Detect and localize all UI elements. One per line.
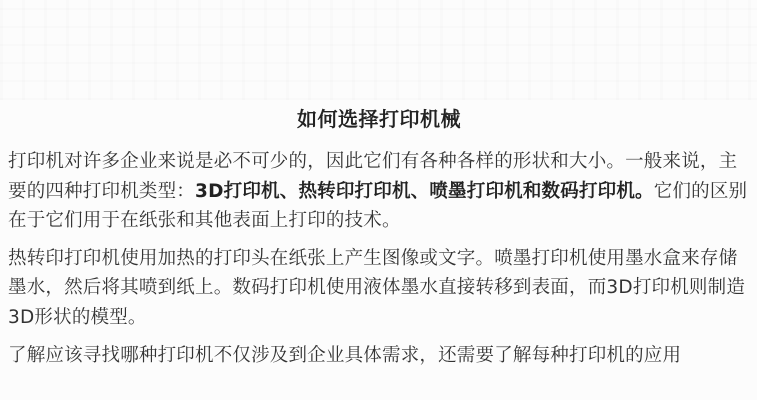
printer-types-bold-text: 3D打印机、热转印打印机、喷墨打印机和数码打印机。: [195, 181, 654, 202]
faint-watermark-background: [0, 0, 757, 100]
paragraph-selection: 了解应该寻找哪种打印机不仅涉及到企业具体需求，还需要了解每种打印机的应用: [8, 341, 750, 371]
paragraph-text: 了解应该寻找哪种打印机不仅涉及到企业具体需求，还需要了解每种打印机的应用: [8, 345, 681, 366]
article-body: 如何选择打印机械 打印机对许多企业来说是必不可少的，因此它们有各种各样的形状和大…: [8, 104, 750, 378]
paragraph-text: 热转印打印机使用加热的打印头在纸张上产生图像或文字。喷墨打印机使用墨水盒来存储墨…: [8, 248, 745, 328]
paragraph-technologies: 热转印打印机使用加热的打印头在纸张上产生图像或文字。喷墨打印机使用墨水盒来存储墨…: [8, 244, 750, 333]
paragraph-intro: 打印机对许多企业来说是必不可少的，因此它们有各种各样的形状和大小。一般来说，主要…: [8, 147, 750, 236]
article-title: 如何选择打印机械: [8, 104, 750, 134]
